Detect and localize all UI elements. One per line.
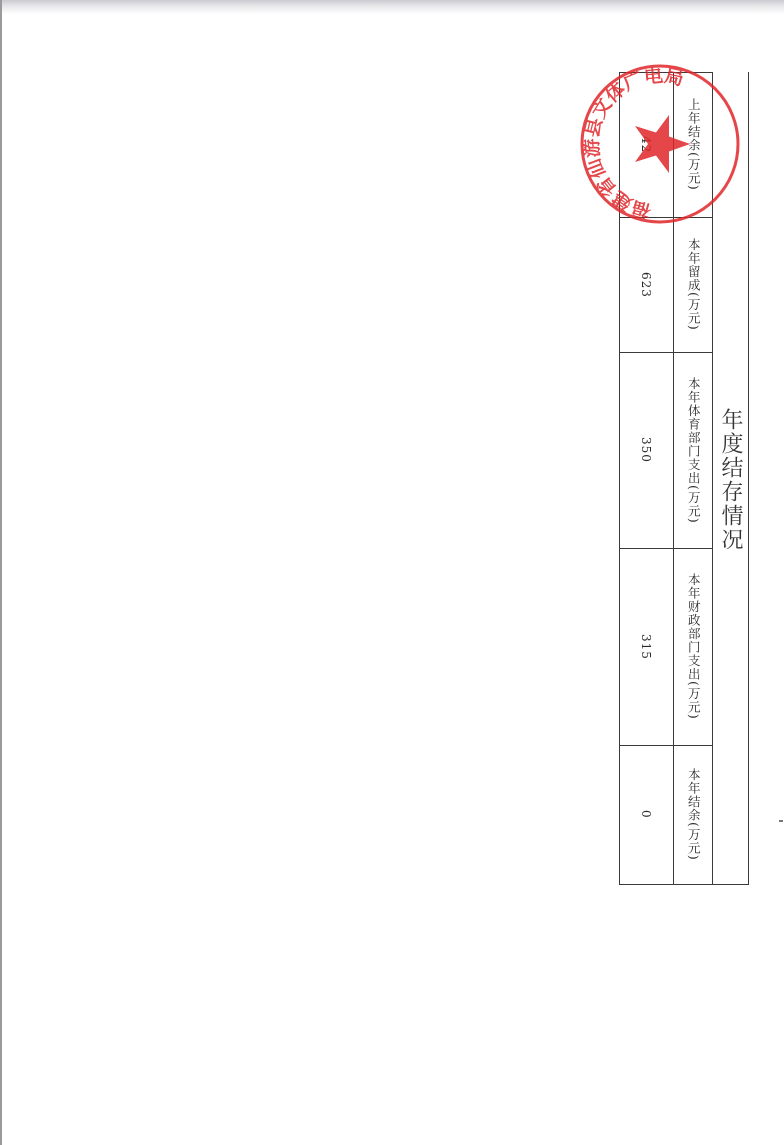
scan-edge-left [0,0,2,1145]
header-sports-dept-expense: 本年体育部门支出(万元) [673,352,713,548]
frame-border-right [748,72,749,885]
header-current-year-balance: 本年结余(万元) [673,745,713,884]
value-finance-dept-expense: 315 [619,548,673,745]
scan-mark [779,820,783,822]
value-prev-year-balance: 42 [619,72,673,217]
value-current-year-retained: 623 [619,217,673,352]
value-sports-dept-expense: 350 [619,352,673,548]
header-current-year-retained: 本年留成(万元) [673,217,713,352]
scan-shadow-top [0,0,784,14]
header-prev-year-balance: 上年结余(万元) [673,72,713,217]
value-current-year-balance: 0 [619,745,673,884]
header-finance-dept-expense: 本年财政部门支出(万元) [673,548,713,745]
table-border-bottom [619,884,749,885]
table-title: 年度结存情况 [713,380,748,580]
